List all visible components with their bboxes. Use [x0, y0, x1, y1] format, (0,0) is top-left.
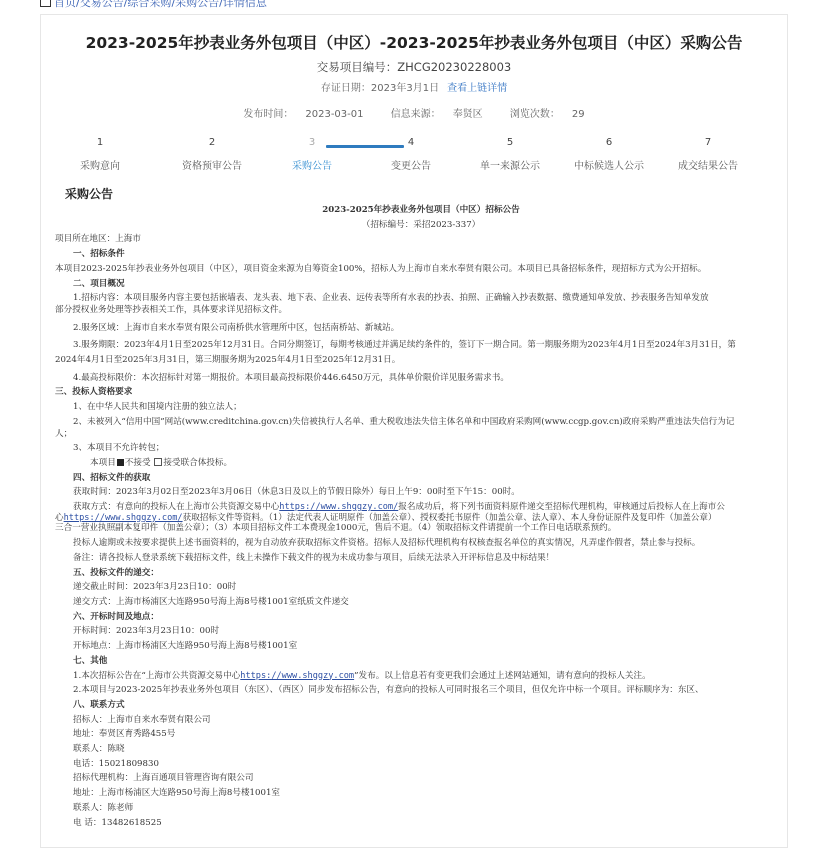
home-icon: [40, 0, 51, 7]
qualification-1: 1、在中华人民共和国境内注册的独立法人；: [55, 400, 788, 415]
step-number: 1: [50, 137, 150, 153]
heading-get-documents: 四、招标文件的获取: [55, 471, 788, 486]
other-1: 1.本次招标公告在“上海市公共资源交易中心https://www.shggzy.…: [55, 669, 788, 684]
shggzy-link-3[interactable]: https://www.shggzy.com: [240, 671, 354, 681]
heading-submission: 五、投标文件的递交：: [55, 566, 788, 581]
opening-time: 开标时间：2023年3月23日10：00时: [55, 624, 788, 639]
contact-agency-person: 联系人：陈老师: [55, 801, 788, 816]
heading-contact: 八、联系方式: [55, 698, 788, 713]
overview-service-area: 2.服务区域：上海市自来水奉贤有限公司南桥供水管理所中区，包括南桥站、新城站。: [55, 321, 788, 336]
view-count-label: 浏览次数：: [510, 109, 560, 120]
detail-panel: 2023-2025年抄表业务外包项目（中区）-2023-2025年抄表业务外包项…: [40, 14, 788, 848]
overview-service-period: 3.服务期限：2023年4月1日至2025年12月31日。合同分期签订，每期考核…: [55, 338, 788, 353]
step-number: 2: [162, 137, 262, 153]
contact-agency: 招标代理机构：上海百通项目管理咨询有限公司: [55, 771, 788, 786]
step-label: !: [741, 157, 788, 168]
publish-time-value: 2023-03-01: [305, 109, 363, 120]
get-documents-time: 获取时间：2023年3月02日至2023年3月06日（休息3日及以上的节假日除外…: [55, 485, 788, 500]
step-label: 变更公告: [361, 157, 461, 172]
step-procurement-notice[interactable]: 3采购公告: [262, 137, 362, 172]
breadcrumb-home[interactable]: 首页/: [54, 0, 80, 9]
submission-deadline: 递交截止时间：2023年3月23日10：00时: [55, 580, 788, 595]
bid-conditions-text: 本项目2023-2025年抄表业务外包项目（中区），项目资金来源为自筹资金100…: [55, 262, 788, 277]
heading-other: 七、其他: [55, 654, 788, 669]
step-prequalification[interactable]: 2资格预审公告: [162, 137, 262, 172]
overview-service-period-b: 2024年4月1日至2025年3月31日，第三期服务期为2025年4月1日至20…: [55, 353, 788, 368]
breadcrumb: 首页/交易公告/综合采购/采购公告/详情信息: [40, 0, 267, 10]
other-1-text-2: ”发布。以上信息若有变更我们会通过上述网站通知，请有意向的投标人关注。: [354, 671, 651, 681]
step-more[interactable]: !: [741, 137, 788, 168]
step-number: 5: [460, 137, 560, 153]
contact-agency-address: 地址：上海市杨浦区大连路950号海上海8号楼1001室: [55, 786, 788, 801]
project-number-value: ZHCG20230228003: [397, 60, 511, 74]
publish-time-label: 发布时间：: [243, 109, 293, 120]
contact-tenderer: 招标人：上海市自来水奉贤有限公司: [55, 713, 788, 728]
step-number: 4: [361, 137, 461, 153]
step-label: 中标候选人公示: [559, 157, 659, 172]
consortium-label: 本项目: [90, 458, 116, 468]
step-number: [741, 137, 788, 153]
step-number: 3: [262, 137, 362, 153]
step-change-notice[interactable]: 4变更公告: [361, 137, 461, 172]
step-purchase-intent[interactable]: 1采购意向: [50, 137, 150, 172]
step-label: 采购意向: [50, 157, 150, 172]
consortium-accept: 接受联合体投标。: [163, 458, 232, 468]
breadcrumb-comprehensive-procurement[interactable]: /综合采购: [124, 0, 172, 9]
contact-tenderer-address: 地址：奉贤区育秀路455号: [55, 727, 788, 742]
publish-time: 发布时间：2023-03-01: [237, 109, 369, 120]
other-2: 2.本项目与2023-2025年抄表业务外包项目（东区）、（西区）同步发布招标公…: [55, 683, 788, 698]
evidence-date-value: 2023年3月1日: [371, 83, 439, 94]
process-steps: 1采购意向 2资格预审公告 3采购公告 4变更公告 5单一来源公示 6中标候选人…: [41, 137, 787, 177]
step-label: 单一来源公示: [460, 157, 560, 172]
step-winning-candidate[interactable]: 6中标候选人公示: [559, 137, 659, 172]
section-title: 采购公告: [65, 185, 113, 202]
heading-project-overview: 二、项目概况: [55, 277, 788, 292]
contact-tenderer-person: 联系人：陈晓: [55, 742, 788, 757]
heading-qualification: 三、投标人资格要求: [55, 385, 788, 400]
view-count: 浏览次数：29: [504, 109, 591, 120]
overview-max-price: 4.最高投标限价：本次招标针对第一期报价。本项目最高投标限价446.6450万元…: [55, 371, 788, 386]
other-1-text: 1.本次招标公告在“上海市公共资源交易中心: [73, 671, 240, 681]
info-source: 信息来源：奉贤区: [385, 109, 489, 120]
step-number: 6: [559, 137, 659, 153]
heading-bid-conditions: 一、招标条件: [55, 247, 788, 262]
checked-box-icon: [117, 459, 124, 466]
step-label: 采购公告: [262, 157, 362, 172]
contact-tenderer-phone: 电话：15021809830: [55, 757, 788, 772]
get-documents-note-2: 备注：请各投标人登录系统下载招标文件，线上未操作下载文件的视为未成功参与项目，后…: [55, 551, 788, 566]
get-documents-note-1: 投标人逾期或未按要求提供上述书面资料的，视为自动放弃获取招标文件资格。招标人及招…: [55, 536, 788, 551]
info-source-label: 信息来源：: [391, 109, 441, 120]
project-number: 交易项目编号：ZHCG20230228003: [41, 59, 787, 75]
breadcrumb-trade-notice[interactable]: 交易公告: [80, 0, 124, 9]
publish-info: 发布时间：2023-03-01 信息来源：奉贤区 浏览次数：29: [41, 105, 787, 120]
doc-title: 2023-2025年抄表业务外包项目（中区）招标公告: [55, 203, 787, 218]
evidence-date: 存证日期：2023年3月1日查看上链详情: [41, 79, 787, 94]
opening-place: 开标地点：上海市杨浦区大连路950号海上海8号楼1001室: [55, 639, 788, 654]
submission-method: 递交方式：上海市杨浦区大连路950号海上海8号楼1001室纸质文件递交: [55, 595, 788, 610]
step-single-source[interactable]: 5单一来源公示: [460, 137, 560, 172]
contact-agency-phone: 电 话：13482618525: [55, 816, 788, 831]
doc-region: 项目所在地区：上海市: [55, 232, 788, 247]
notice-document: 2023-2025年抄表业务外包项目（中区）招标公告 （招标编号：采招2023-…: [55, 203, 788, 830]
qualification-2: 2、未被列入“信用中国”网站(www.creditchina.gov.cn)失信…: [55, 415, 788, 430]
info-source-value: 奉贤区: [453, 109, 483, 120]
consortium-option: 本项目不接受 接受联合体投标。: [55, 456, 788, 471]
doc-subtitle: （招标编号：采招2023-337）: [55, 218, 787, 233]
view-chain-detail-link[interactable]: 查看上链详情: [447, 83, 507, 94]
view-count-value: 29: [572, 109, 585, 120]
step-label: 资格预审公告: [162, 157, 262, 172]
evidence-date-label: 存证日期：: [321, 83, 371, 94]
breadcrumb-procurement-notice[interactable]: /采购公告: [171, 0, 219, 9]
heading-opening: 六、开标时间及地点：: [55, 610, 788, 625]
project-number-label: 交易项目编号：: [317, 60, 398, 74]
page-title: 2023-2025年抄表业务外包项目（中区）-2023-2025年抄表业务外包项…: [41, 31, 787, 53]
breadcrumb-detail: /详情信息: [219, 0, 267, 9]
qualification-3: 3、本项目不允许转包；: [55, 441, 788, 456]
unchecked-box-icon: [154, 458, 162, 466]
consortium-not-accept: 不接受: [125, 458, 151, 468]
